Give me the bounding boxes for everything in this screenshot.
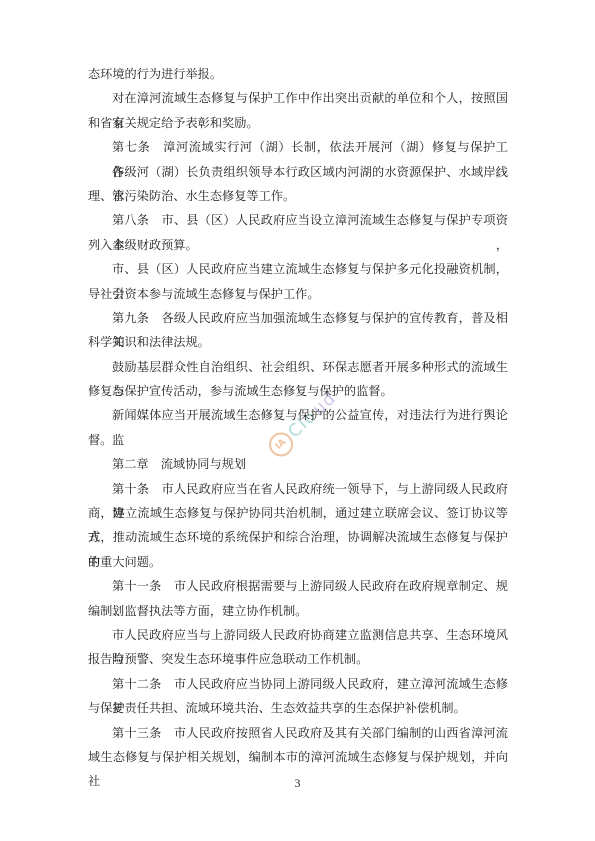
text-line: 编制、监督执法等方面，建立协作机制。 [88,599,508,623]
text-line: 域生态修复与保护相关规划，编制本市的漳河流域生态修复与保护规划，并向社 [88,745,508,769]
text-line: 第九条 各级人民政府应当加强流域生态修复与保护的宣传教育，普及相关 [88,306,508,330]
text-line: 态环境的行为进行举报。 [88,62,508,86]
text-line: 商，建立流域生态修复与保护协同共治机制，通过建立联席会议、签订协议等方 [88,501,508,525]
text-line: 的重大问题。 [88,550,508,574]
text-line: 第十二条 市人民政府应当协同上游同级人民政府，建立漳河流域生态修复 [88,672,508,696]
document-page: IA Clo ud 态环境的行为进行举报。对在漳河流域生态修复与保护工作中作出突… [0,0,595,841]
text-line: 第十一条 市人民政府根据需要与上游同级人民政府在政府规章制定、规划 [88,574,508,598]
text-line: 和省有关规定给予表彰和奖励。 [88,111,508,135]
text-line: 导社会资本参与流域生态修复与保护工作。 [88,282,508,306]
text-line: 督。 [88,428,508,452]
text-line: 第八条 市、县（区）人民政府应当设立漳河流域生态修复与保护专项资金， [88,208,508,232]
text-line: 报告与预警、突发生态环境事件应急联动工作机制。 [88,647,508,671]
text-line: 市人民政府应当与上游同级人民政府协商建立监测信息共享、生态环境风险 [88,623,508,647]
text-line: 对在漳河流域生态修复与保护工作中作出突出贡献的单位和个人，按照国家 [88,86,508,110]
text-line: 市、县（区）人民政府应当建立流域生态修复与保护多元化投融资机制，引 [88,257,508,281]
text-line: 理、水污染防治、水生态修复等工作。 [88,184,508,208]
text-line: 式，推动流域生态环境的系统保护和综合治理，协调解决流域生态修复与保护中 [88,525,508,549]
text-line: 第十三条 市人民政府按照省人民政府及其有关部门编制的山西省漳河流 [88,721,508,745]
text-line: 新闻媒体应当开展流域生态修复与保护的公益宣传，对违法行为进行舆论监 [88,403,508,427]
text-line: 鼓励基层群众性自治组织、社会组织、环保志愿者开展多种形式的流域生态 [88,355,508,379]
text-line: 科学知识和法律法规。 [88,330,508,354]
text-line: 修复与保护宣传活动，参与流域生态修复与保护的监督。 [88,379,508,403]
text-line: 第十条 市人民政府应当在省人民政府统一领导下，与上游同级人民政府协 [88,477,508,501]
document-text: 态环境的行为进行举报。对在漳河流域生态修复与保护工作中作出突出贡献的单位和个人，… [88,62,508,769]
text-line: 第七条 漳河流域实行河（湖）长制，依法开展河（湖）修复与保护工作。 [88,135,508,159]
text-line: 第二章 流域协同与规划 [88,452,508,476]
page-number: 3 [0,776,595,791]
text-line: 与保护责任共担、流域环境共治、生态效益共享的生态保护补偿机制。 [88,696,508,720]
text-line: 各级河（湖）长负责组织领导本行政区域内河湖的水资源保护、水域岸线管 [88,160,508,184]
